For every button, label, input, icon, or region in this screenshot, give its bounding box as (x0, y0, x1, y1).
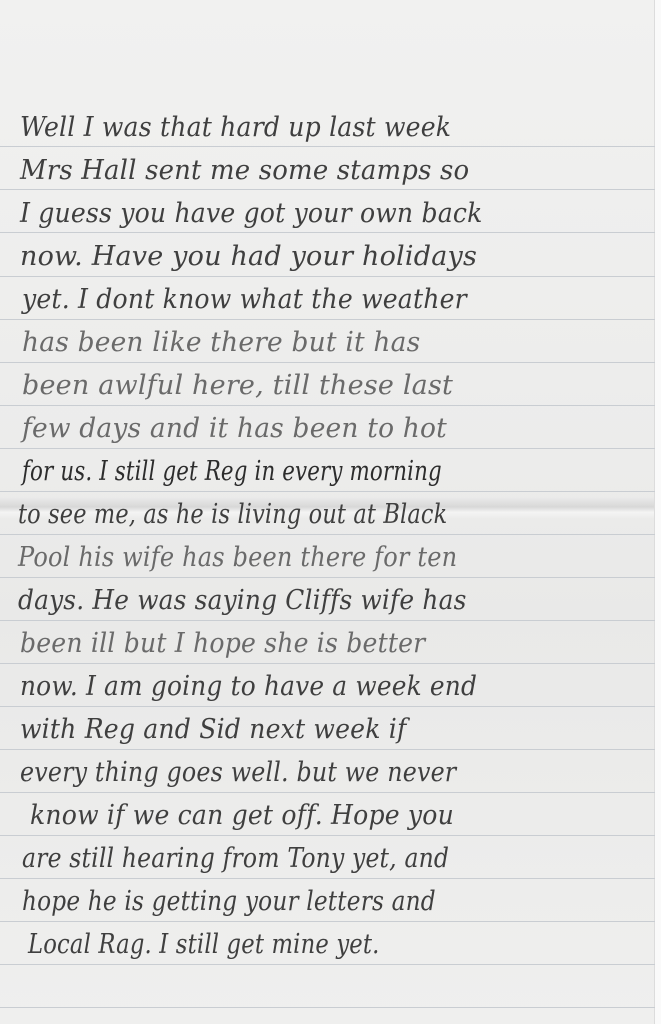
letter-line-4: now. Have you had your holidays (20, 237, 640, 277)
letter-line-11: Pool his wife has been there for ten (18, 538, 570, 578)
ruled-line (0, 1007, 655, 1008)
letter-line-19: hope he is getting your letters and (22, 882, 555, 922)
letter-line-6: has been like there but it has (22, 323, 630, 363)
letter-line-10: to see me, as he is living out at Black (18, 495, 533, 535)
letter-line-7: been awlful here, till these last (22, 366, 642, 406)
letter-line-3: I guess you have got your own back (20, 194, 597, 234)
letter-line-9: for us. I still get Reg in every morning (22, 452, 512, 492)
letter-line-16: every thing goes well. but we never (20, 753, 566, 793)
letter-line-18: are still hearing from Tony yet, and (22, 839, 561, 879)
letter-line-14: now. I am going to have a week end (20, 667, 590, 707)
letter-line-17: know if we can get off. Hope you (30, 796, 607, 836)
letter-line-1: Well I was that hard up last week (20, 108, 597, 148)
letter-line-15: with Reg and Sid next week if (20, 710, 597, 750)
letter-page: Well I was that hard up last week Mrs Ha… (0, 0, 661, 1024)
letter-line-12: days. He was saying Cliffs wife has (18, 581, 588, 621)
paper-right-edge (654, 0, 661, 1024)
letter-line-8: few days and it has been to hot (22, 409, 630, 449)
letter-line-2: Mrs Hall sent me some stamps so (20, 151, 615, 191)
letter-line-5: yet. I dont know what the weather (22, 280, 599, 320)
letter-line-20: Local Rag. I still get mine yet. (28, 925, 549, 965)
letter-line-13: been ill but I hope she is better (20, 624, 597, 664)
